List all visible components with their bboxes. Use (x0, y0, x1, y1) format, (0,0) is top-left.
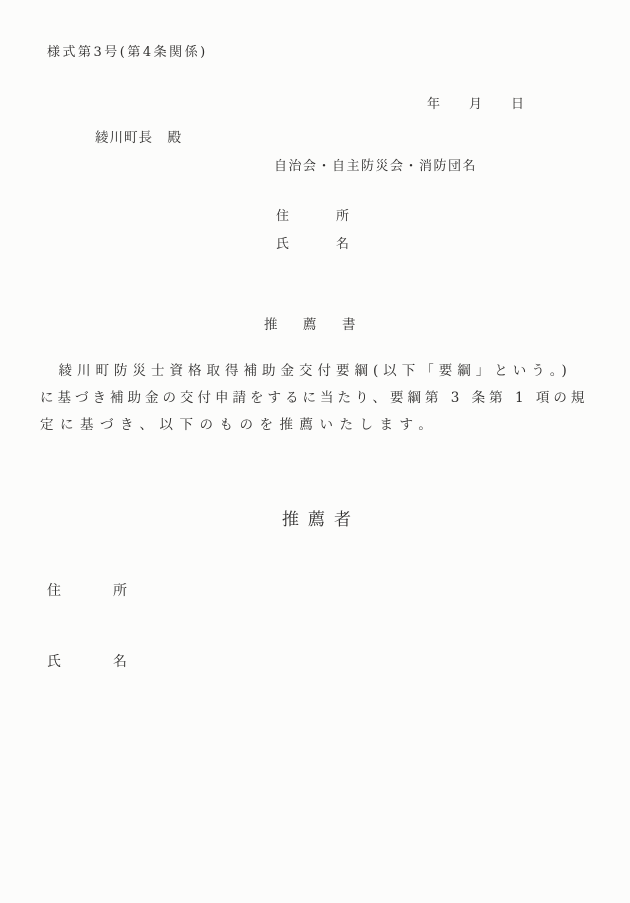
body-paragraph-line-1: 綾川町防災士資格取得補助金交付要綱(以下「要綱」という。) (40, 362, 572, 380)
name-label-top: 氏 名 (276, 236, 351, 254)
document-page: 様式第3号(第4条関係) 年 月 日 綾川町長 殿 自治会・自主防災会・消防団名… (0, 0, 630, 903)
body-paragraph-line-2: に基づき補助金の交付申請をするに当たり、要綱第 3 条第 1 項の規 (40, 389, 588, 407)
address-label-bottom: 住 所 (47, 582, 130, 601)
recommendee-heading: 推薦者 (282, 509, 360, 532)
document-title: 推 薦 書 (264, 316, 362, 334)
address-label-top: 住 所 (276, 208, 351, 226)
addressee-line: 綾川町長 殿 (95, 129, 182, 147)
organization-name-label: 自治会・自主防災会・消防団名 (274, 158, 477, 176)
body-paragraph-line-3: 定に基づき、以下のものを推薦いたします。 (40, 416, 438, 434)
name-label-bottom: 氏 名 (47, 653, 130, 672)
date-line: 年 月 日 (427, 96, 525, 114)
form-number: 様式第3号(第4条関係) (47, 44, 208, 62)
